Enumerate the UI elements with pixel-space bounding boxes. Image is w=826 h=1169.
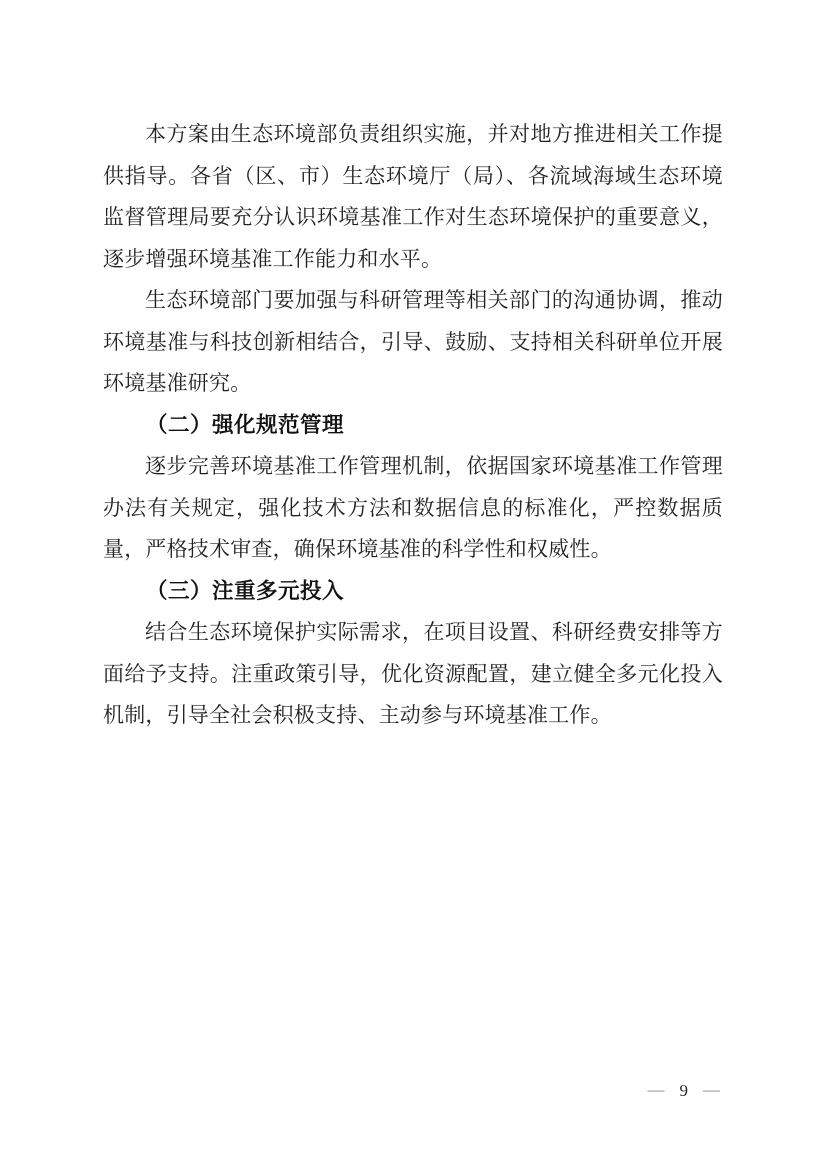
footer-left-dash: — [648, 1080, 665, 1100]
document-body: 本方案由生态环境部负责组织实施，并对地方推进相关工作提供指导。各省（区、市）生态… [103, 114, 723, 737]
document-page: 本方案由生态环境部负责组织实施，并对地方推进相关工作提供指导。各省（区、市）生态… [0, 0, 826, 1169]
section-heading-2: （二）强化规范管理 [103, 405, 723, 447]
page-footer: — 9 — [648, 1081, 721, 1101]
paragraph-coordination: 生态环境部门要加强与科研管理等相关部门的沟通协调，推动环境基准与科技创新相结合，… [103, 280, 723, 405]
section-heading-3: （三）注重多元投入 [103, 571, 723, 613]
paragraph-investment: 结合生态环境保护实际需求，在项目设置、科研经费安排等方面给予支持。注重政策引导，… [103, 612, 723, 737]
paragraph-implementation: 本方案由生态环境部负责组织实施，并对地方推进相关工作提供指导。各省（区、市）生态… [103, 114, 723, 280]
paragraph-management: 逐步完善环境基准工作管理机制，依据国家环境基准工作管理办法有关规定，强化技术方法… [103, 446, 723, 571]
page-number: 9 [680, 1081, 689, 1101]
footer-right-dash: — [703, 1080, 720, 1100]
